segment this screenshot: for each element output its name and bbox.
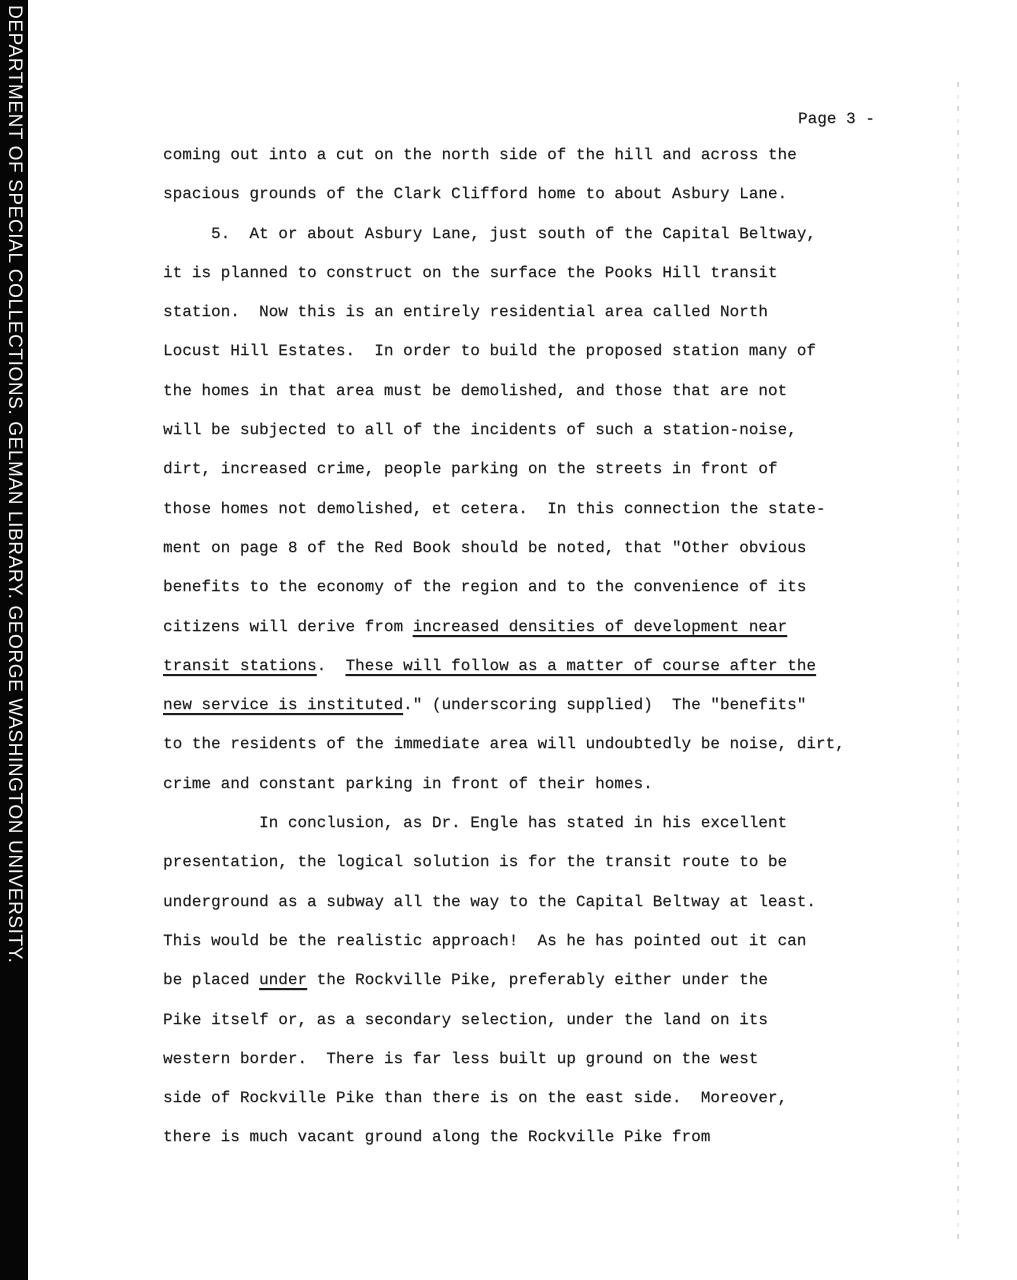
scanned-document-page: DEPARTMENT OF SPECIAL COLLECTIONS. GELMA…: [0, 0, 1017, 1280]
document-line: coming out into a cut on the north side …: [163, 136, 845, 175]
page-number: Page 3 -: [798, 107, 875, 131]
document-line: benefits to the economy of the region an…: [163, 568, 845, 607]
text-segment: those homes not demolished, et cetera. I…: [163, 500, 826, 518]
text-segment: underground as a subway all the way to t…: [163, 893, 816, 911]
document-line: crime and constant parking in front of t…: [163, 765, 845, 804]
archive-stamp-label: DEPARTMENT OF SPECIAL COLLECTIONS. GELMA…: [3, 0, 25, 963]
text-segment: In conclusion, as Dr. Engle has stated i…: [163, 814, 787, 832]
document-line: ment on page 8 of the Red Book should be…: [163, 529, 845, 568]
document-line: dirt, increased crime, people parking on…: [163, 450, 845, 489]
text-segment: side of Rockville Pike than there is on …: [163, 1089, 787, 1107]
text-segment: benefits to the economy of the region an…: [163, 578, 806, 596]
underlined-text: under: [259, 971, 307, 989]
underlined-text: transit stations: [163, 657, 317, 675]
document-line: underground as a subway all the way to t…: [163, 883, 845, 922]
text-segment: Locust Hill Estates. In order to build t…: [163, 342, 816, 360]
document-line: it is planned to construct on the surfac…: [163, 254, 845, 293]
text-segment: dirt, increased crime, people parking on…: [163, 460, 778, 478]
document-line: to the residents of the immediate area w…: [163, 725, 845, 764]
text-segment: to the residents of the immediate area w…: [163, 735, 845, 753]
document-line: This would be the realistic approach! As…: [163, 922, 845, 961]
text-segment: western border. There is far less built …: [163, 1050, 758, 1068]
text-segment: station. Now this is an entirely residen…: [163, 303, 768, 321]
text-segment: presentation, the logical solution is fo…: [163, 853, 787, 871]
underlined-text: new service is instituted: [163, 696, 403, 714]
document-line: Locust Hill Estates. In order to build t…: [163, 332, 845, 371]
underlined-text: These will follow as a matter of course …: [345, 657, 815, 675]
document-line: Pike itself or, as a secondary selection…: [163, 1001, 845, 1040]
text-segment: ." (underscoring supplied) The "benefits…: [403, 696, 806, 714]
document-lines: coming out into a cut on the north side …: [163, 136, 845, 1158]
document-line: will be subjected to all of the incident…: [163, 411, 845, 450]
document-line: 5. At or about Asbury Lane, just south o…: [163, 215, 845, 254]
document-line: the homes in that area must be demolishe…: [163, 372, 845, 411]
text-segment: coming out into a cut on the north side …: [163, 146, 797, 164]
document-line: presentation, the logical solution is fo…: [163, 843, 845, 882]
document-line: those homes not demolished, et cetera. I…: [163, 490, 845, 529]
text-segment: will be subjected to all of the incident…: [163, 421, 797, 439]
text-segment: it is planned to construct on the surfac…: [163, 264, 778, 282]
text-segment: the Rockville Pike, preferably either un…: [307, 971, 768, 989]
text-segment: citizens will derive from: [163, 618, 413, 636]
scan-edge-artifact: [957, 82, 959, 1240]
text-segment: there is much vacant ground along the Ro…: [163, 1128, 710, 1146]
document-line: western border. There is far less built …: [163, 1040, 845, 1079]
document-line: In conclusion, as Dr. Engle has stated i…: [163, 804, 845, 843]
text-segment: .: [317, 657, 346, 675]
text-segment: the homes in that area must be demolishe…: [163, 382, 787, 400]
text-segment: This would be the realistic approach! As…: [163, 932, 806, 950]
document-line: there is much vacant ground along the Ro…: [163, 1118, 845, 1157]
text-segment: 5. At or about Asbury Lane, just south o…: [163, 225, 816, 243]
text-segment: ment on page 8 of the Red Book should be…: [163, 539, 806, 557]
document-line: side of Rockville Pike than there is on …: [163, 1079, 845, 1118]
text-segment: be placed: [163, 971, 259, 989]
document-line: station. Now this is an entirely residen…: [163, 293, 845, 332]
document-line: new service is instituted." (underscorin…: [163, 686, 845, 725]
text-segment: crime and constant parking in front of t…: [163, 775, 653, 793]
document-line: spacious grounds of the Clark Clifford h…: [163, 175, 845, 214]
document-line: citizens will derive from increased dens…: [163, 608, 845, 647]
text-segment: spacious grounds of the Clark Clifford h…: [163, 185, 787, 203]
document-line: transit stations. These will follow as a…: [163, 647, 845, 686]
underlined-text: increased densities of development near: [413, 618, 787, 636]
archive-stamp-sidebar: DEPARTMENT OF SPECIAL COLLECTIONS. GELMA…: [0, 0, 28, 1280]
document-line: be placed under the Rockville Pike, pref…: [163, 961, 845, 1000]
text-segment: Pike itself or, as a secondary selection…: [163, 1011, 768, 1029]
